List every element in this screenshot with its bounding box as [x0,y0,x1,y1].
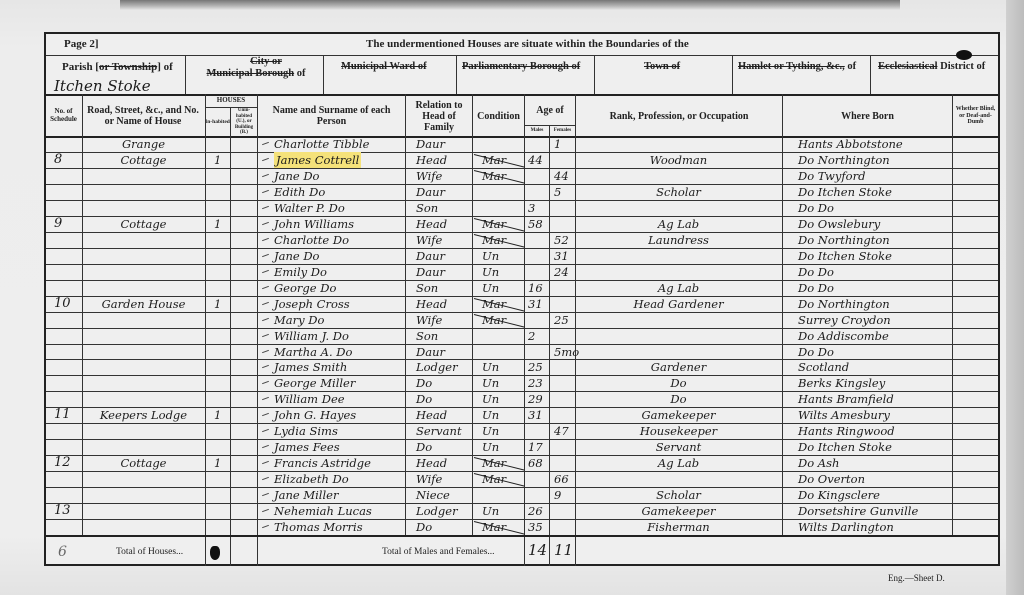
enumerator-tick [262,190,269,193]
table-row: Charlotte DoWifeMar52LaundressDo Northin… [46,232,998,248]
name-cell: Lydia Sims [274,423,338,439]
relation-cell: Daur [416,264,445,280]
born-cell: Wilts Amesbury [798,407,890,423]
header-blind: Whether Blind, or Deaf-and-Dumb [953,96,998,136]
inhabited-cell: 1 [214,407,221,423]
enumerator-tick [262,206,269,209]
relation-cell: Wife [416,312,442,328]
road-cell: Keepers Lodge [82,407,205,423]
enumerator-tick [262,381,269,384]
male-age-cell: 58 [528,216,543,232]
born-cell: Surrey Croydon [798,312,891,328]
page-label: Page 2] [64,38,99,50]
male-age-cell: 3 [528,200,535,216]
enumerator-tick [262,142,269,145]
relation-cell: Head [416,216,447,232]
born-cell: Do Ash [798,455,839,471]
schedule-cell: 9 [54,216,62,232]
name-cell: George Do [274,280,336,296]
occupation-cell: Gamekeeper [575,407,782,423]
born-cell: Do Do [798,344,834,360]
table-row: 11Keepers Lodge1John G. HayesHeadUn31Gam… [46,407,998,423]
table-row: Jane MillerNiece9ScholarDo Kingsclere [46,487,998,503]
born-cell: Wilts Darlington [798,519,894,535]
census-form: Page 2] The undermentioned Houses are si… [44,32,1000,566]
name-cell: James Fees [274,439,340,455]
name-cell: Charlotte Do [274,232,349,248]
born-cell: Berks Kingsley [798,375,885,391]
occupation-cell: Do [575,391,782,407]
male-age-cell: 23 [528,375,543,391]
condition-cell: Un [482,264,499,280]
relation-cell: Wife [416,232,442,248]
female-age-cell: 66 [554,471,569,487]
table-row: 12Cottage1Francis AstridgeHeadMar68Ag La… [46,455,998,471]
table-row: James FeesDoUn17ServantDo Itchen Stoke [46,439,998,455]
town-label: Town of [644,61,680,72]
condition-cell: Un [482,503,499,519]
born-cell: Do Itchen Stoke [798,248,892,264]
male-age-cell: 35 [528,519,543,535]
table-row: Edith DoDaur5ScholarDo Itchen Stoke [46,184,998,200]
condition-cell: Un [482,375,499,391]
ward-label: Municipal Ward of [341,61,427,72]
female-age-cell: 52 [554,232,569,248]
enumerator-tick [262,349,269,352]
total-females: 11 [554,542,573,558]
occupation-cell: Gamekeeper [575,503,782,519]
sheet-label: Eng.—Sheet D. [888,573,945,583]
male-age-cell: 16 [528,280,543,296]
occupation-cell: Scholar [575,184,782,200]
table-row: Walter P. DoSon3Do Do [46,200,998,216]
male-age-cell: 31 [528,296,543,312]
road-cell: Garden House [82,296,205,312]
born-cell: Do Itchen Stoke [798,439,892,455]
schedule-cell: 12 [54,455,71,471]
header-inhabited: In-habited [205,108,230,136]
ecclesiastical-label: Ecclesiastical District of [878,61,985,72]
male-age-cell: 68 [528,455,543,471]
occupation-cell: Head Gardener [575,296,782,312]
name-cell: William Dee [274,391,345,407]
relation-cell: Do [416,391,432,407]
occupation-cell: Ag Lab [575,216,782,232]
relation-cell: Wife [416,168,442,184]
name-cell: Elizabeth Do [274,471,349,487]
header-name: Name and Surname of each Person [258,96,405,136]
schedule-cell: 8 [54,152,62,168]
male-age-cell: 2 [528,328,535,344]
enumerator-tick [262,445,269,448]
road-cell: Cottage [82,216,205,232]
born-cell: Do Addiscombe [798,328,889,344]
relation-cell: Son [416,280,438,296]
relation-cell: Son [416,328,438,344]
header-relation: Relation to Head of Family [406,96,472,136]
table-row: 8Cottage1James CottrellHeadMar44WoodmanD… [46,152,998,168]
enumerator-tick [262,158,269,161]
born-cell: Do Do [798,280,834,296]
occupation-cell: Do [575,375,782,391]
inhabited-cell: 1 [214,296,221,312]
header-occupation: Rank, Profession, or Occupation [576,96,782,136]
male-age-cell: 26 [528,503,543,519]
born-cell: Do Do [798,264,834,280]
born-cell: Hants Abbotstone [798,136,903,152]
enumerator-tick [262,397,269,400]
relation-cell: Daur [416,344,445,360]
name-cell: Francis Astridge [274,455,371,471]
scan-shadow [120,0,900,10]
inhabited-cell: 1 [214,455,221,471]
occupation-cell: Woodman [575,152,782,168]
name-cell: Walter P. Do [274,200,345,216]
name-cell: Jane Do [274,168,319,184]
condition-cell: Un [482,407,499,423]
name-cell: Joseph Cross [274,296,350,312]
occupation-cell: Scholar [575,487,782,503]
enumerator-tick [262,461,269,464]
occupation-cell: Ag Lab [575,455,782,471]
houses-total-mark [210,546,220,560]
page-count: 6 [58,544,67,560]
female-age-cell: 1 [554,136,561,152]
header-schedule: No. of Schedule [46,96,81,136]
page-edge [1006,0,1024,595]
relation-cell: Wife [416,471,442,487]
ink-blot [956,50,972,60]
header-males: Males [525,126,549,136]
name-cell: William J. Do [274,328,349,344]
name-cell: Thomas Morris [274,519,363,535]
header-road: Road, Street, &c., and No. or Name of Ho… [82,96,204,136]
enumerator-tick [262,270,269,273]
road-cell: Grange [82,136,205,152]
road-cell: Cottage [82,152,205,168]
born-cell: Do Kingsclere [798,487,880,503]
born-cell: Do Do [798,200,834,216]
born-cell: Dorsetshire Gunville [798,503,918,519]
name-cell: Nehemiah Lucas [274,503,372,519]
name-cell: Martha A. Do [274,344,352,360]
relation-cell: Servant [416,423,462,439]
relation-cell: Daur [416,248,445,264]
male-age-cell: 44 [528,152,543,168]
schedule-cell: 11 [54,407,71,423]
relation-cell: Lodger [416,359,458,375]
enumerator-tick [262,333,269,336]
parish-label: Parish [or Township] of [62,61,173,73]
female-age-cell: 5mo [554,344,579,360]
occupation-cell: Servant [575,439,782,455]
enumerator-tick [262,429,269,432]
table-row: Jane DoWifeMar44Do Twyford [46,168,998,184]
condition-cell: Un [482,423,499,439]
relation-cell: Head [416,296,447,312]
enumerator-tick [262,301,269,304]
female-age-cell: 24 [554,264,569,280]
inhabited-cell: 1 [214,216,221,232]
female-age-cell: 44 [554,168,569,184]
hamlet-label: Hamlet or Tything, &c., of [738,61,856,72]
male-age-cell: 25 [528,359,543,375]
occupation-cell: Gardener [575,359,782,375]
female-age-cell: 9 [554,487,561,503]
city-label: City or Municipal Borough of [196,56,316,80]
born-cell: Hants Bramfield [798,391,894,407]
name-cell: Jane Do [274,248,319,264]
table-row: Thomas MorrisDoMar35FishermanWilts Darli… [46,519,998,535]
header-age: Age of [525,96,575,124]
relation-cell: Lodger [416,503,458,519]
relation-cell: Head [416,152,447,168]
table-row: 13Nehemiah LucasLodgerUn26GamekeeperDors… [46,503,998,519]
table-row: William J. DoSon2Do Addiscombe [46,328,998,344]
enumerator-tick [262,222,269,225]
occupation-cell: Housekeeper [575,423,782,439]
name-cell: James Smith [274,359,347,375]
relation-cell: Head [416,455,447,471]
schedule-cell: 10 [54,296,71,312]
born-cell: Do Overton [798,471,865,487]
table-row: George DoSonUn16Ag LabDo Do [46,280,998,296]
born-cell: Do Northington [798,232,890,248]
inhabited-cell: 1 [214,152,221,168]
relation-cell: Do [416,519,432,535]
condition-cell: Un [482,359,499,375]
table-row: Martha A. DoDaur5moDo Do [46,344,998,360]
born-cell: Scotland [798,359,849,375]
born-cell: Do Twyford [798,168,865,184]
name-cell: Mary Do [274,312,324,328]
female-age-cell: 5 [554,184,561,200]
name-cell: Jane Miller [274,487,338,503]
table-row: 9Cottage1John WilliamsHeadMar58Ag LabDo … [46,216,998,232]
female-age-cell: 25 [554,312,569,328]
occupation-cell: Fisherman [575,519,782,535]
table-row: William DeeDoUn29DoHants Bramfield [46,391,998,407]
condition-cell: Un [482,439,499,455]
born-cell: Do Northington [798,296,890,312]
born-cell: Do Northington [798,152,890,168]
total-males: 14 [528,542,547,558]
name-cell: Emily Do [274,264,327,280]
occupation-cell: Laundress [575,232,782,248]
enumerator-tick [262,238,269,241]
name-cell: John Williams [274,216,354,232]
relation-cell: Son [416,200,438,216]
relation-cell: Niece [416,487,450,503]
relation-cell: Daur [416,136,445,152]
table-row: Jane DoDaurUn31Do Itchen Stoke [46,248,998,264]
header-houses: HOUSES [205,96,257,106]
relation-cell: Do [416,375,432,391]
houses-total-label: Total of Houses... [116,547,183,557]
occupation-cell: Ag Lab [575,280,782,296]
male-age-cell: 17 [528,439,543,455]
table-row: George MillerDoUn23DoBerks Kingsley [46,375,998,391]
table-row: 10Garden House1Joseph CrossHeadMar31Head… [46,296,998,312]
relation-cell: Daur [416,184,445,200]
table-row: Emily DoDaurUn24Do Do [46,264,998,280]
persons-total-label: Total of Males and Females... [382,547,495,557]
female-age-cell: 31 [554,248,569,264]
page-title: The undermentioned Houses are situate wi… [366,38,689,50]
enumerator-tick [262,365,269,368]
relation-cell: Head [416,407,447,423]
condition-cell: Un [482,248,499,264]
road-cell: Cottage [82,455,205,471]
relation-cell: Do [416,439,432,455]
enumerator-tick [262,493,269,496]
enumerator-tick [262,285,269,288]
enumerator-tick [262,317,269,320]
born-cell: Hants Ringwood [798,423,895,439]
header-born: Where Born [783,96,952,136]
born-cell: Do Itchen Stoke [798,184,892,200]
table-row: Elizabeth DoWifeMar66Do Overton [46,471,998,487]
header-condition: Condition [473,96,524,136]
header-uninhabited: Unin-habited (U.), or Building (B.) [231,108,257,136]
name-cell: Charlotte Tibble [274,136,369,152]
enumerator-tick [262,509,269,512]
table-row: GrangeCharlotte TibbleDaur1Hants Abbotst… [46,136,998,152]
header-females: Females [550,126,575,136]
name-cell: Edith Do [274,184,325,200]
born-cell: Do Owslebury [798,216,880,232]
enumerator-tick [262,477,269,480]
table-row: Mary DoWifeMar25Surrey Croydon [46,312,998,328]
table-row: James SmithLodgerUn25GardenerScotland [46,359,998,375]
name-cell: James Cottrell [274,152,361,168]
schedule-cell: 13 [54,503,71,519]
enumerator-tick [262,254,269,257]
condition-cell: Un [482,391,499,407]
enumerator-tick [262,413,269,416]
enumerator-tick [262,525,269,528]
male-age-cell: 31 [528,407,543,423]
female-age-cell: 47 [554,423,569,439]
name-cell: George Miller [274,375,355,391]
condition-cell: Un [482,280,499,296]
name-cell: John G. Hayes [274,407,356,423]
male-age-cell: 29 [528,391,543,407]
parliamentary-label: Parliamentary Borough of [462,61,580,72]
parish-value: Itchen Stoke [54,78,151,94]
enumerator-tick [262,174,269,177]
table-row: Lydia SimsServantUn47HousekeeperHants Ri… [46,423,998,439]
